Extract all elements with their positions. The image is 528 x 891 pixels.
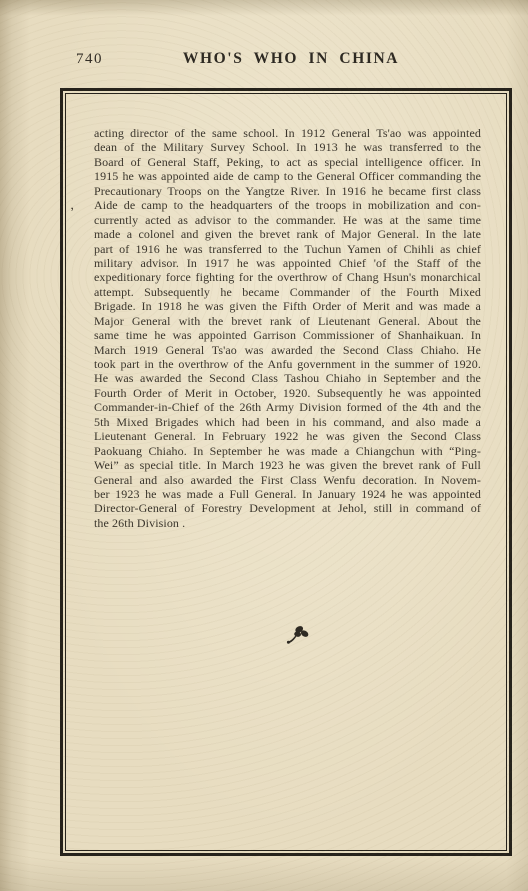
text-line: same time he was appointed Garrison Comm…: [94, 328, 481, 342]
text-line: Director-General of Forestry Development…: [94, 501, 481, 515]
text-line: Aide de camp to the headquarters of the …: [94, 198, 481, 212]
text-line: Wei” as special title. In March 1923 he …: [94, 458, 481, 472]
text-line: Board of General Staff, Peking, to act a…: [94, 155, 481, 169]
scanned-book-page: 740 WHO'S WHO IN CHINA , acting director…: [0, 0, 528, 891]
text-line: military advisor. In 1917 he was appoint…: [94, 256, 481, 270]
text-line: attempt. Subsequently he became Commande…: [94, 285, 481, 299]
text-line: ber 1923 he was made a Full General. In …: [94, 487, 481, 501]
text-line: Lieutenant General. In February 1922 he …: [94, 429, 481, 443]
text-line: currently acted as advisor to the comman…: [94, 213, 481, 227]
biography-text: acting director of the same school. In 1…: [94, 126, 481, 530]
text-line: the 26th Division .: [94, 516, 481, 530]
text-line: Major General with the brevet rank of Li…: [94, 314, 481, 328]
text-line: took part in the overthrow of the Anfu g…: [94, 357, 481, 371]
text-line: Fourth Order of Merit in October, 1920. …: [94, 386, 481, 400]
text-line: Precautionary Troops on the Yangtze Rive…: [94, 184, 481, 198]
text-line: General and also awarded the First Class…: [94, 473, 481, 487]
text-line: part of 1916 he was transferred to the T…: [94, 242, 481, 256]
text-line: Commander-in-Chief of the 26th Army Divi…: [94, 400, 481, 414]
text-line: 1915 he was appointed aide de camp to th…: [94, 169, 481, 183]
text-line: 5th Mixed Brigades which had been in his…: [94, 415, 481, 429]
text-line: Brigade. In 1918 he was given the Fifth …: [94, 299, 481, 313]
text-line: March 1919 General Ts'ao was awarded the…: [94, 343, 481, 357]
text-line: expeditionary force fighting for the ove…: [94, 270, 481, 284]
text-line: dean of the Military Survey School. In 1…: [94, 140, 481, 154]
text-line: made a colonel and given the brevet rank…: [94, 227, 481, 241]
text-line: acting director of the same school. In 1…: [94, 126, 481, 140]
fleuron-ornament-icon: [285, 624, 310, 645]
text-line: Paokuang Chiaho. In September he was mad…: [94, 444, 481, 458]
text-line: He was awarded the Second Class Tashou C…: [94, 371, 481, 385]
running-title: WHO'S WHO IN CHINA: [60, 50, 522, 68]
